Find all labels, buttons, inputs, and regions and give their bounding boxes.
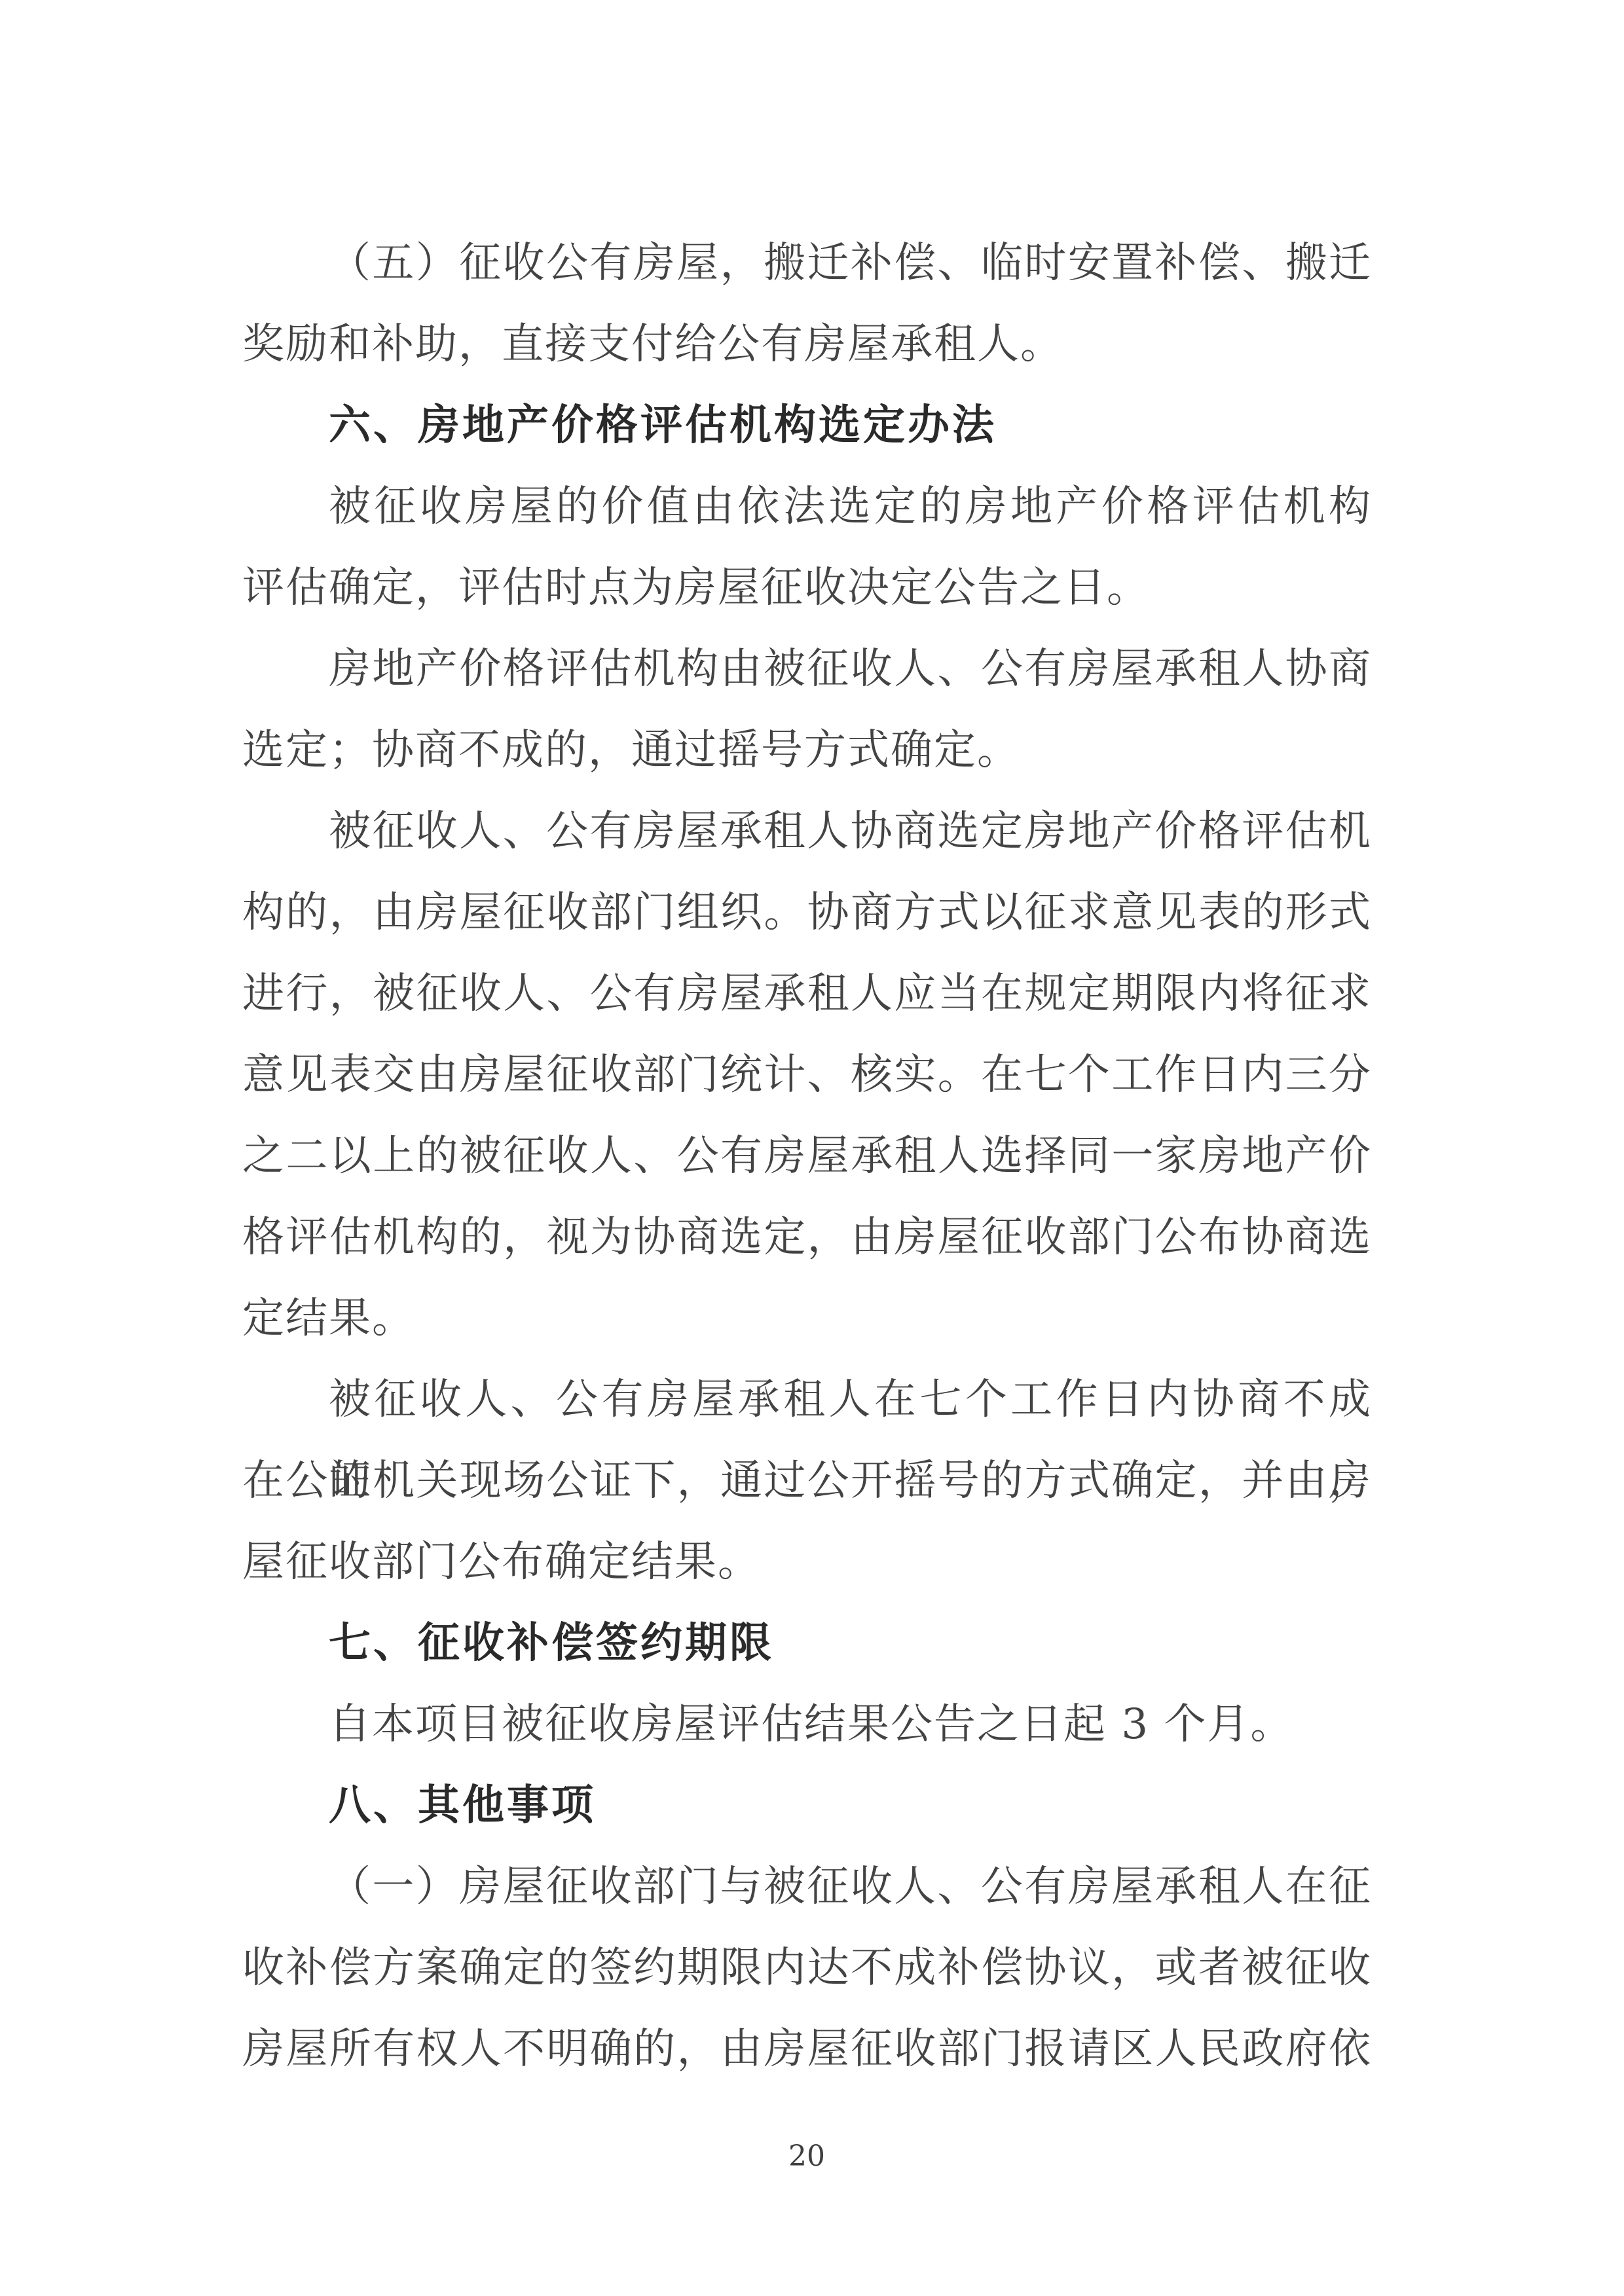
text-line: 被征收人、公有房屋承租人在七个工作日内协商不成的， xyxy=(329,1359,1372,1440)
text-line: 格评估机构的，视为协商选定，由房屋征收部门公布协商选 xyxy=(242,1197,1372,1278)
text-line: 进行，被征收人、公有房屋承租人应当在规定期限内将征求 xyxy=(242,953,1372,1034)
text-line: （一）房屋征收部门与被征收人、公有房屋承租人在征 xyxy=(329,1846,1372,1927)
text-line: 自本项目被征收房屋评估结果公告之日起 3 个月。 xyxy=(329,1684,1293,1765)
text-line: 收补偿方案确定的签约期限内达不成补偿协议，或者被征收 xyxy=(242,1927,1372,2009)
text-line: 房屋所有权人不明确的，由房屋征收部门报请区人民政府依 xyxy=(242,2009,1372,2090)
text-line: 在公证机关现场公证下，通过公开摇号的方式确定，并由房 xyxy=(242,1440,1372,1522)
text-line: 选定；协商不成的，通过摇号方式确定。 xyxy=(242,710,1020,791)
section-heading-8: 八、其他事项 xyxy=(329,1765,596,1846)
text-line: 定结果。 xyxy=(242,1278,415,1359)
text-line: 被征收人、公有房屋承租人协商选定房地产价格评估机 xyxy=(329,791,1372,872)
document-page: （五）征收公有房屋，搬迁补偿、临时安置补偿、搬迁 奖励和补助，直接支付给公有房屋… xyxy=(0,0,1624,2296)
section-heading-6: 六、房地产价格评估机构选定办法 xyxy=(329,385,997,466)
text-line: 评估确定，评估时点为房屋征收决定公告之日。 xyxy=(242,547,1150,629)
text-line: 被征收房屋的价值由依法选定的房地产价格评估机构 xyxy=(329,466,1372,547)
text-line: （五）征收公有房屋，搬迁补偿、临时安置补偿、搬迁 xyxy=(329,223,1372,304)
text-line: 房地产价格评估机构由被征收人、公有房屋承租人协商 xyxy=(329,629,1372,710)
text-line: 意见表交由房屋征收部门统计、核实。在七个工作日内三分 xyxy=(242,1034,1372,1116)
section-heading-7: 七、征收补偿签约期限 xyxy=(329,1603,774,1684)
text-line: 构的，由房屋征收部门组织。协商方式以征求意见表的形式 xyxy=(242,872,1372,953)
text-line: 奖励和补助，直接支付给公有房屋承租人。 xyxy=(242,304,1063,385)
text-line: 之二以上的被征收人、公有房屋承租人选择同一家房地产价 xyxy=(242,1116,1372,1197)
text-line: 屋征收部门公布确定结果。 xyxy=(242,1522,761,1603)
page-number: 20 xyxy=(0,2136,1614,2178)
